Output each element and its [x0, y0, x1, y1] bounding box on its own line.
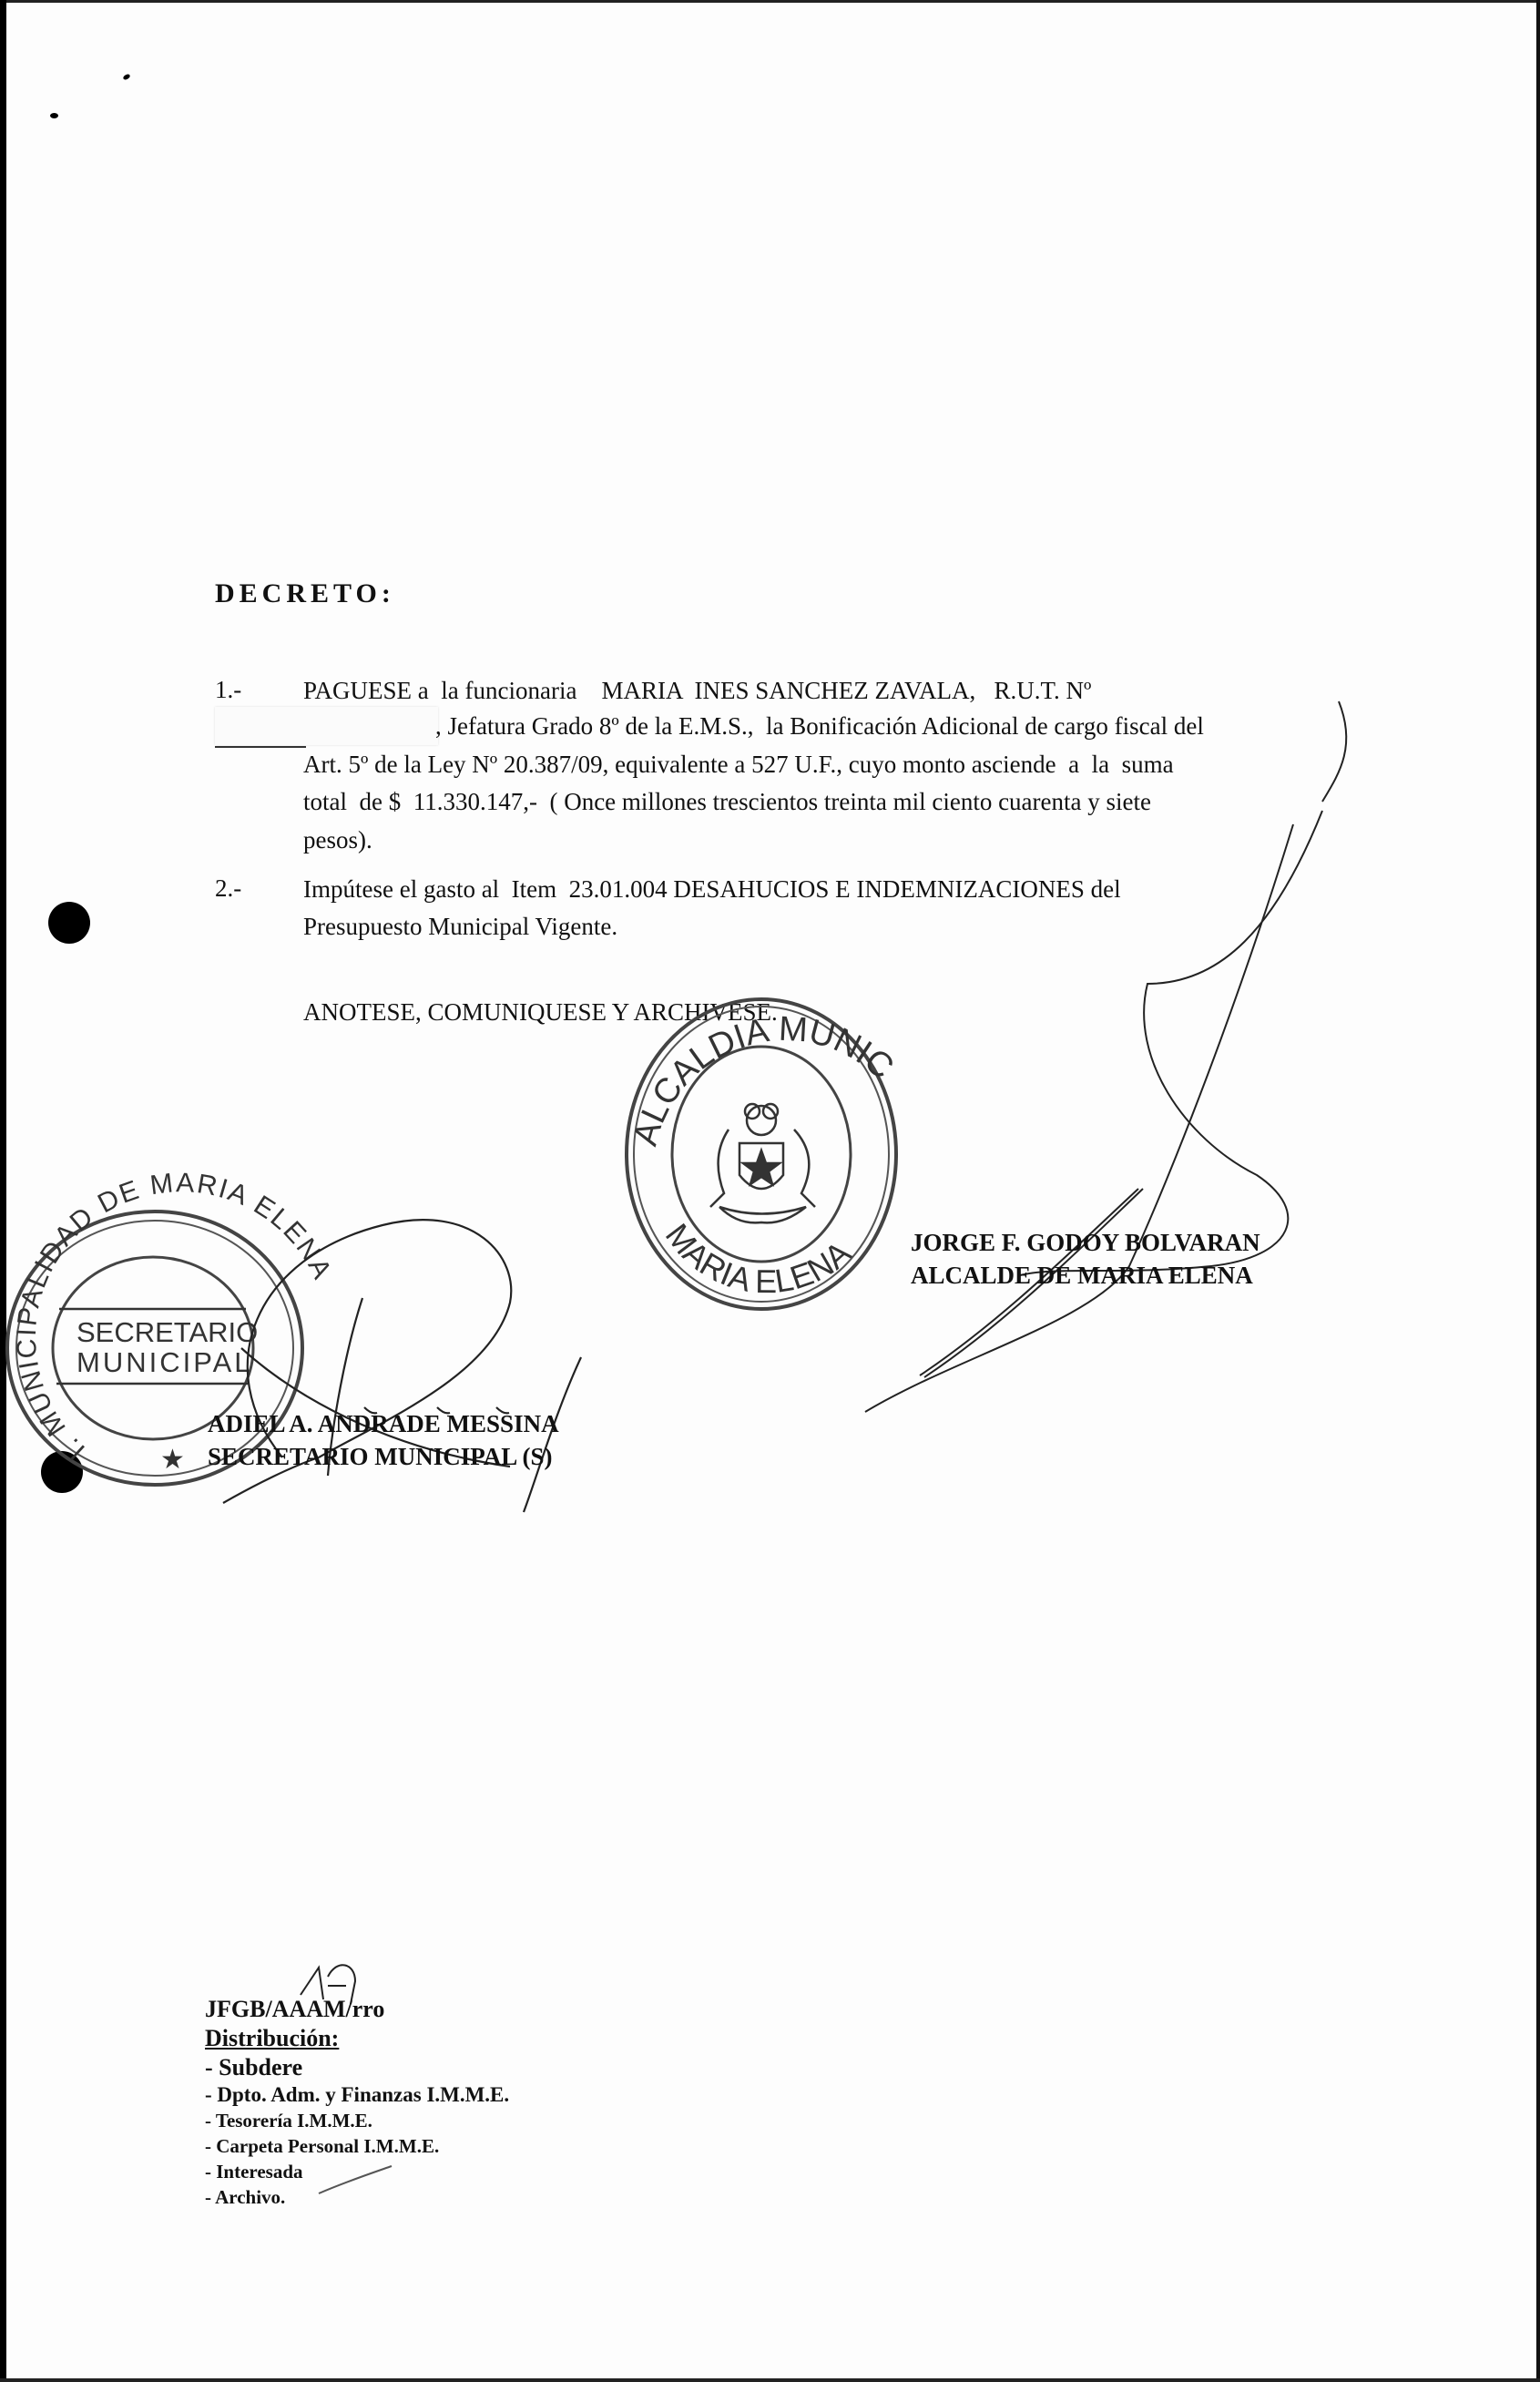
alcaldia-stamp: ALCALDIA MUNICIPAL MARIA ELENA	[0, 0, 901, 1309]
secretario-name: ADIEL A. ANDRADE MESSINA	[208, 1407, 559, 1440]
stamp-top-text: ALCALDIA MUNICIPAL	[0, 0, 901, 1150]
distribution-item: - Dpto. Adm. y Finanzas I.M.M.E.	[205, 2082, 509, 2108]
reference-initials: JFGB/AAAM/rro	[205, 1995, 509, 2024]
secretario-title: SECRETARIO MUNICIPAL (S)	[208, 1440, 559, 1473]
alcalde-title: ALCALDE DE MARIA ELENA	[911, 1259, 1260, 1292]
coat-of-arms-icon	[710, 1104, 815, 1222]
alcalde-name: JORGE F. GODOY BOLVARAN	[911, 1226, 1260, 1259]
alcalde-signature	[865, 701, 1346, 1412]
distribution-item: - Tesorería I.M.M.E.	[205, 2108, 509, 2133]
distribution-footer: JFGB/AAAM/rro Distribución: - Subdere - …	[205, 1995, 509, 2210]
distribution-item: - Subdere	[205, 2053, 509, 2082]
stamp-center-text: SECRETARIO	[76, 1316, 258, 1348]
star-icon: ★	[160, 1445, 185, 1475]
distribution-item: - Interesada	[205, 2159, 509, 2184]
distribution-title: Distribución:	[205, 2024, 509, 2053]
distribution-item: - Archivo.	[205, 2184, 509, 2210]
distribution-list: - Subdere - Dpto. Adm. y Finanzas I.M.M.…	[205, 2053, 509, 2210]
secretario-signature-block: ADIEL A. ANDRADE MESSINA SECRETARIO MUNI…	[208, 1407, 559, 1473]
alcalde-signature-block: JORGE F. GODOY BOLVARAN ALCALDE DE MARIA…	[911, 1226, 1260, 1292]
stamp-center-text: MUNICIPAL	[76, 1346, 253, 1378]
distribution-item: - Carpeta Personal I.M.M.E.	[205, 2133, 509, 2159]
